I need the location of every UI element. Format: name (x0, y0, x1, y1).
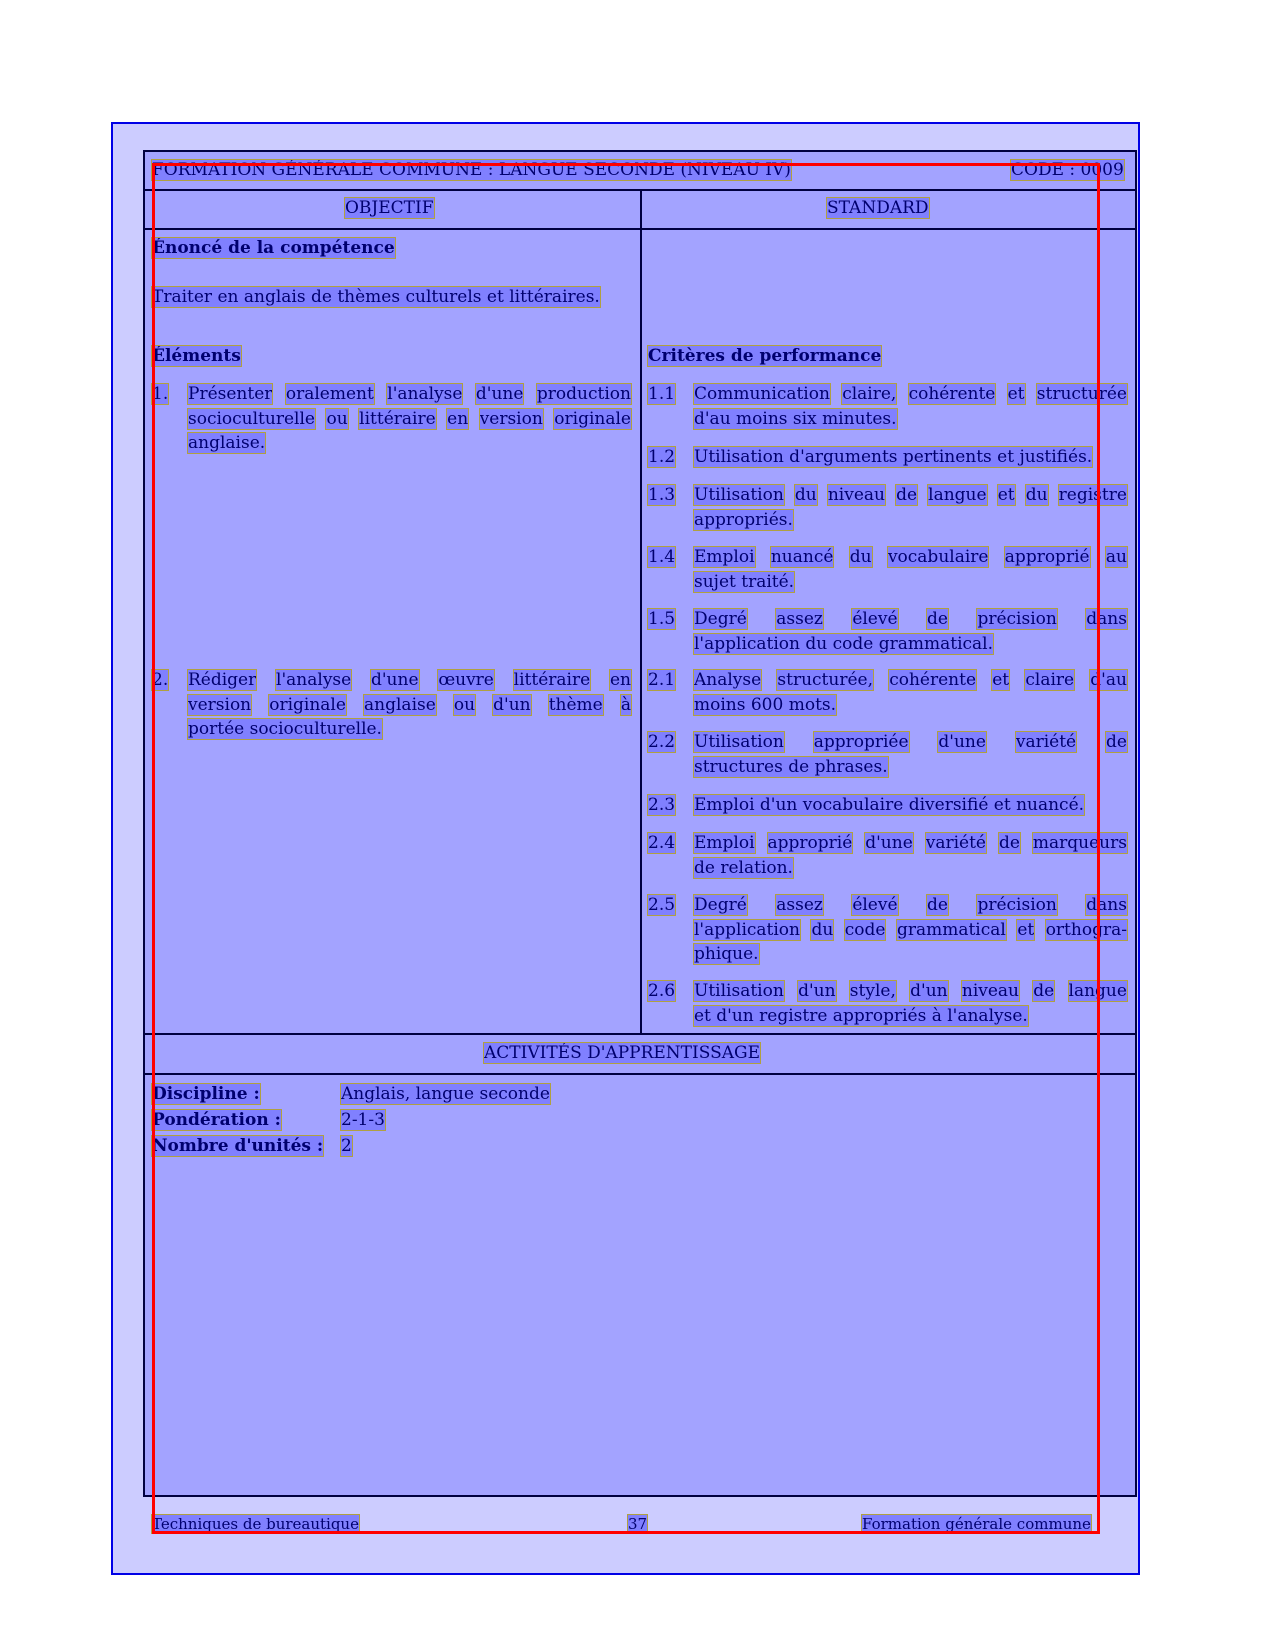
criteres-line: Utilisationduniveaudelangueetduregistre (694, 485, 1127, 505)
criteres-number: 1.4 (648, 547, 675, 567)
criteres-number: 1.3 (648, 485, 675, 505)
criteres-line: Utilisation d'arguments pertinents et ju… (694, 447, 1092, 467)
competence-label: Énoncé de la compétence (152, 238, 395, 258)
standard-heading: STANDARD (827, 198, 929, 218)
criteres-line: Analysestructurée,cohérenteetclaired'au (694, 670, 1127, 690)
criteres-line: et d'un registre appropriés à l'analyse. (694, 1006, 1028, 1026)
criteres-line: de relation. (694, 858, 793, 878)
criteres-line: sujet traité. (694, 572, 794, 592)
criteres-number: 1.2 (648, 447, 675, 467)
criteres-line: moins 600 mots. (694, 695, 836, 715)
criteres-line: Communicationclaire,cohérenteetstructuré… (694, 384, 1127, 404)
criteres-line: l'applicationducodegrammaticaletorthogra… (694, 920, 1127, 940)
criteres-line: Emploinuancéduvocabulaireappropriéau (694, 547, 1127, 567)
criteres-number: 2.5 (648, 895, 675, 915)
divider (145, 1073, 1135, 1075)
field-value: 2 (341, 1136, 352, 1156)
criteres-line: Emploiappropriéd'unevariétédemarqueurs (694, 833, 1127, 853)
criteres-label: Critères de performance (648, 346, 881, 366)
field-value: 2-1-3 (341, 1110, 385, 1130)
elements-line: versionoriginaleanglaiseoud'unthèmeà (188, 695, 631, 715)
criteres-number: 2.4 (648, 833, 675, 853)
criteres-number: 2.1 (648, 670, 675, 690)
criteres-line: Degréassezélevédeprécisiondans (694, 895, 1127, 915)
objectif-heading: OBJECTIF (345, 198, 434, 218)
criteres-number: 2.6 (648, 981, 675, 1001)
elements-label: Éléments (152, 346, 241, 366)
criteres-number: 1.5 (648, 609, 675, 629)
criteres-line: Emploi d'un vocabulaire diversifié et nu… (694, 795, 1084, 815)
elements-line: Rédigerl'analysed'uneœuvrelittéraireen (188, 670, 631, 690)
divider (145, 1033, 1135, 1035)
code-label: CODE : 0009 (1011, 160, 1124, 180)
criteres-line: Utilisationd'unstyle,d'unniveaudelangue (694, 981, 1127, 1001)
activites-title: ACTIVITÉS D'APPRENTISSAGE (484, 1043, 760, 1063)
elements-line: portée socioculturelle. (188, 719, 382, 739)
elements-number: 1. (152, 384, 168, 404)
criteres-line: Degréassezélevédeprécisiondans (694, 609, 1127, 629)
criteres-line: d'au moins six minutes. (694, 409, 897, 429)
competence-text: Traiter en anglais de thèmes culturels e… (152, 287, 600, 307)
criteres-number: 2.2 (648, 732, 675, 752)
competency-table (143, 150, 1137, 1497)
elements-number: 2. (152, 670, 168, 690)
criteres-line: Utilisationappropriéed'unevariétéde (694, 732, 1127, 752)
footer-right: Formation générale commune (862, 1515, 1091, 1533)
field-label: Pondération : (152, 1110, 281, 1130)
criteres-line: phique. (694, 944, 759, 964)
footer-left: Techniques de bureautique (152, 1515, 359, 1533)
criteres-line: structures de phrases. (694, 757, 888, 777)
criteres-line: appropriés. (694, 510, 793, 530)
page-number: 37 (628, 1515, 647, 1533)
elements-line: socioculturelleoulittéraireenversionorig… (188, 409, 631, 429)
criteres-number: 2.3 (648, 795, 675, 815)
elements-line: anglaise. (188, 433, 265, 453)
field-label: Discipline : (152, 1084, 260, 1104)
document-title: FORMATION GÉNÉRALE COMMUNE : LANGUE SECO… (152, 160, 791, 180)
field-value: Anglais, langue seconde (341, 1084, 550, 1104)
criteres-number: 1.1 (648, 384, 675, 404)
elements-line: Présenteroralementl'analysed'uneproducti… (188, 384, 631, 404)
criteres-line: l'application du code grammatical. (694, 634, 993, 654)
column-divider (640, 189, 642, 1033)
field-label: Nombre d'unités : (152, 1136, 323, 1156)
